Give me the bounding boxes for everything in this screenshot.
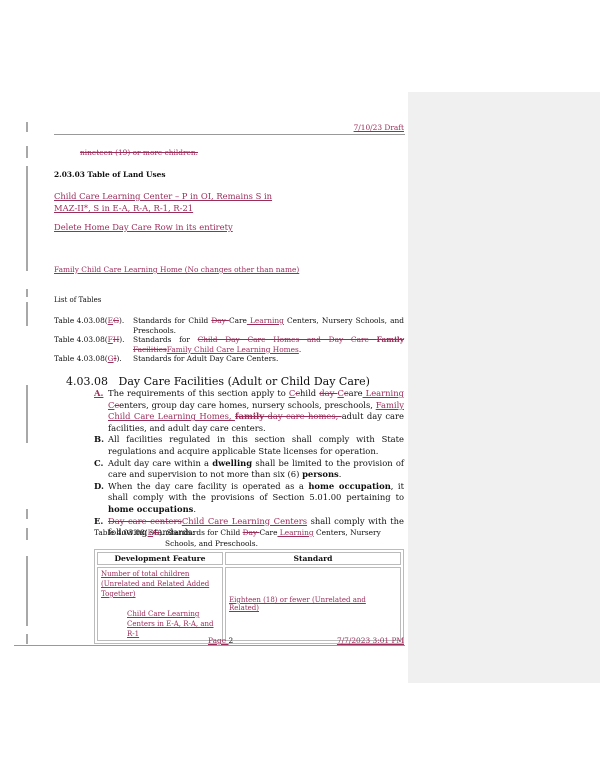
table-row: Number of total children (Unrelated and … xyxy=(97,567,401,641)
column-header: Development Feature xyxy=(97,552,223,565)
development-feature-cell: Number of total children (Unrelated and … xyxy=(97,567,223,641)
change-bar xyxy=(26,122,28,132)
deleted-carryover-text: nineteen (19) or more children. xyxy=(80,148,198,157)
page-number: Page 2 xyxy=(208,636,233,645)
list-item-d: D. When the day care facility is operate… xyxy=(94,481,404,516)
inserted-delete-row-note: Delete Home Day Care Row in its entirety xyxy=(54,222,233,232)
list-item-c: C. Adult day care within a dwelling shal… xyxy=(94,458,404,481)
header-rule xyxy=(54,134,405,135)
draft-label: 7/10/23 Draft xyxy=(354,123,404,132)
list-of-tables-row: Table 4.03.08(FH). Standards for Child D… xyxy=(54,335,404,354)
list-item-b: B. All facilities regulated in this sect… xyxy=(94,434,404,457)
change-bar xyxy=(26,528,28,540)
inserted-family-home-note: Family Child Care Learning Home (No chan… xyxy=(54,265,299,274)
change-bar xyxy=(26,556,28,626)
change-bar xyxy=(26,634,28,644)
list-of-tables-row: Table 4.03.08(GI). Standards for Adult D… xyxy=(54,354,404,364)
list-of-tables: Table 4.03.08(EG). Standards for Child D… xyxy=(54,316,404,364)
list-of-tables-heading: List of Tables xyxy=(54,296,101,304)
table-header-row: Development Feature Standard xyxy=(97,552,401,565)
table-caption: Table 4.03.08(EG). Standards for Child D… xyxy=(94,528,381,537)
change-bar xyxy=(26,289,28,297)
section-heading-2-03-03: 2.03.03 Table of Land Uses xyxy=(54,170,166,179)
column-header: Standard xyxy=(225,552,401,565)
markup-comment-pane xyxy=(408,92,600,683)
inserted-land-use-line2: MAZ-II*, S in E-A, R-A, R-1, R-21 xyxy=(54,203,193,213)
requirements-list: A. The requirements of this section appl… xyxy=(94,388,404,539)
standards-table: Development Feature Standard Number of t… xyxy=(94,549,404,644)
section-heading-4-03-08: 4.03.08 Day Care Facilities (Adult or Ch… xyxy=(66,375,370,388)
change-bar xyxy=(26,302,28,326)
change-bar xyxy=(26,146,28,158)
table-caption-line2: Schools, and Preschools. xyxy=(165,539,258,548)
footer-timestamp: 7/7/2023 3:01 PM xyxy=(337,636,404,645)
inserted-land-use-line1: Child Care Learning Center – P in OI, Re… xyxy=(54,191,272,201)
change-bar xyxy=(26,166,28,271)
footer-rule xyxy=(14,645,405,646)
standard-cell: Eighteen (18) or fewer (Unrelated and Re… xyxy=(225,567,401,641)
change-bar xyxy=(26,385,28,443)
list-item-a: A. The requirements of this section appl… xyxy=(94,388,404,434)
list-of-tables-row: Table 4.03.08(EG). Standards for Child D… xyxy=(54,316,404,335)
document-page: 7/10/23 Draft nineteen (19) or more chil… xyxy=(0,0,408,777)
change-bar xyxy=(26,509,28,519)
